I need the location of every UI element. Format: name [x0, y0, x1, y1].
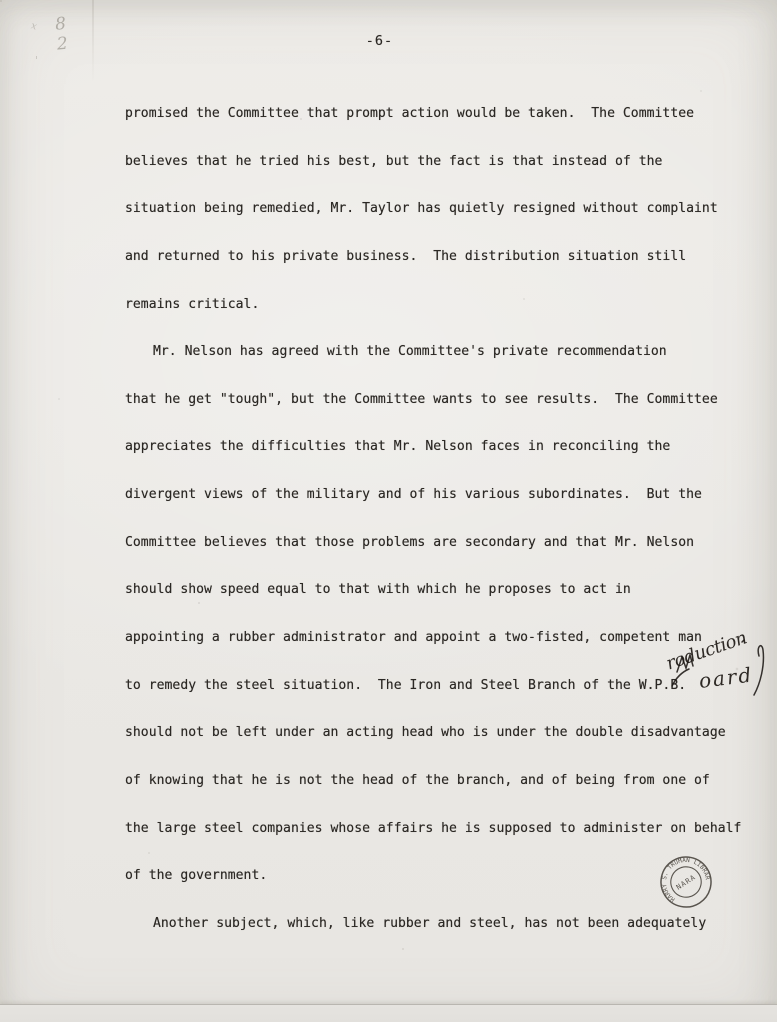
handwriting-flourish-strokes	[650, 620, 777, 715]
stamp-center-text: NARA	[674, 872, 697, 891]
handwriting-leadin-stroke	[672, 669, 689, 686]
typed-line: should not be left under an acting head …	[125, 709, 765, 757]
typed-line: of knowing that he is not the head of th…	[125, 757, 765, 805]
typed-text-body: promised the Committee that prompt actio…	[125, 90, 765, 948]
typed-line: believes that he tried his best, but the…	[125, 138, 765, 186]
typed-line: remains critical.	[125, 281, 765, 329]
typed-line: should show speed equal to that with whi…	[125, 566, 765, 614]
pencil-scribble-mark: x	[30, 20, 38, 32]
typed-line: the large steel companies whose affairs …	[125, 805, 765, 853]
typed-line-paragraph-start: Mr. Nelson has agreed with the Committee…	[125, 328, 765, 376]
handwriting-dot	[742, 640, 744, 642]
typed-line: promised the Committee that prompt actio…	[125, 90, 765, 138]
typed-line: divergent views of the military and of h…	[125, 471, 765, 519]
page-number: -6-	[0, 33, 759, 49]
scan-background-strip	[0, 1004, 777, 1022]
handwriting-caret-stroke	[677, 655, 693, 672]
paper-specks	[0, 0, 2, 2]
scanned-document-page: x 8 2 ' -6- promised the Committee that …	[0, 0, 777, 1022]
typed-line: Committee believes that those problems a…	[125, 519, 765, 567]
typed-line: that he get "tough", but the Committee w…	[125, 376, 765, 424]
typed-line: appreciates the difficulties that Mr. Ne…	[125, 423, 765, 471]
pencil-tick-mark: '	[35, 54, 38, 67]
typed-line: situation being remedied, Mr. Taylor has…	[125, 185, 765, 233]
typed-line: and returned to his private business. Th…	[125, 233, 765, 281]
handwriting-tail-flourish	[754, 646, 763, 695]
